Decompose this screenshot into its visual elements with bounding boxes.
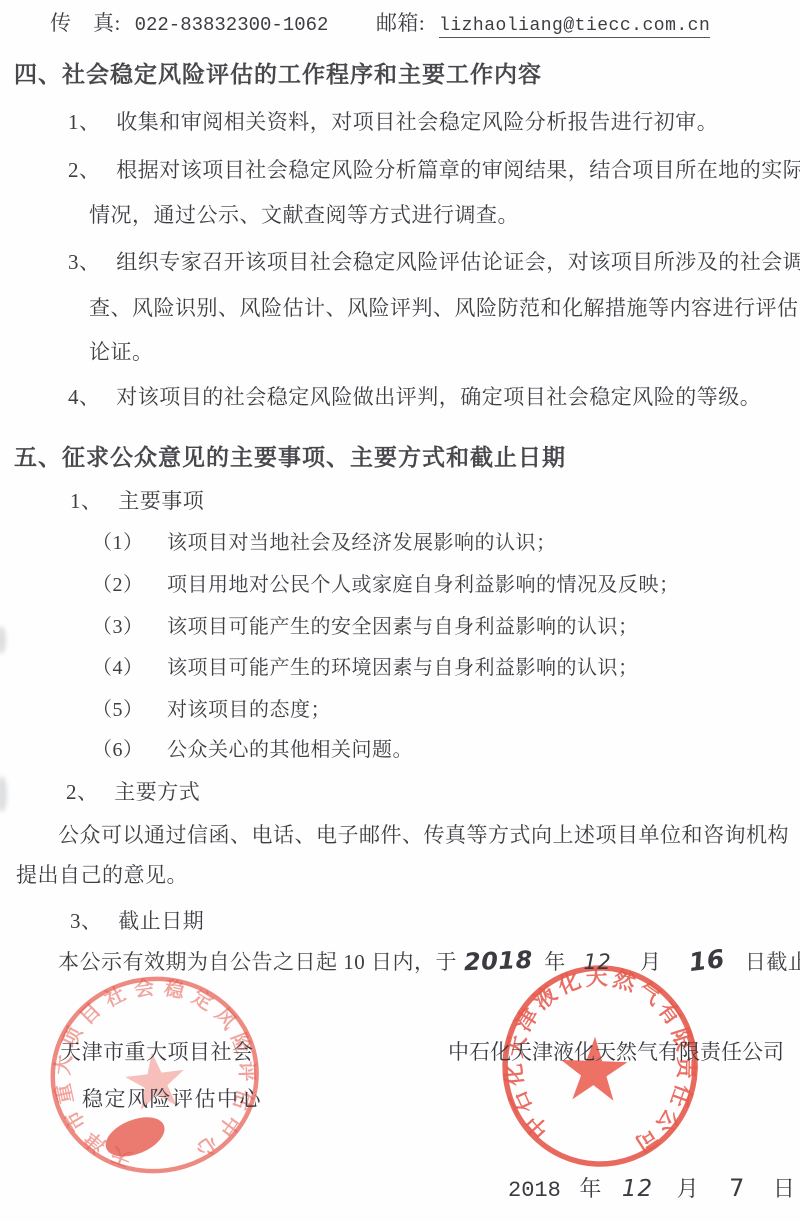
svg-text:会: 会 — [133, 975, 156, 1001]
point-2: （2） 项目用地对公民个人或家庭自身利益影响的情况及反映； — [92, 570, 680, 600]
svg-text:有: 有 — [653, 997, 686, 1030]
right-signer-company: 中石化天津液化天然气有限责任公司 — [448, 1036, 784, 1066]
point-6-text: 公众关心的其他相关问题。 — [167, 739, 413, 761]
point-5-text: 对该项目的态度； — [167, 699, 331, 721]
left-seal-graphic: 天津市重大项目社会稳定风险评估中心 — [36, 962, 273, 1189]
sub3-number: 3、 — [70, 906, 103, 936]
point-4: （4） 该项目可能产生的环境因素与自身利益影响的认识； — [92, 653, 639, 683]
scan-smudge — [0, 776, 7, 812]
email-label: 邮箱: — [376, 11, 425, 35]
sub2-paragraph-line1: 公众可以通过信函、电话、电子邮件、传真等方式向上述项目单位和咨询机构 — [58, 820, 789, 850]
section5-sub1: 1、 主要事项 — [70, 486, 204, 516]
date-month-handwritten: 12 — [622, 1176, 653, 1202]
svg-text:化: 化 — [501, 1063, 528, 1088]
section4-item3-line2: 查、风险识别、风险估计、风险评判、风险防范和化解措施等内容进行评估 — [89, 293, 799, 323]
point-5: （5） 对该项目的态度； — [92, 695, 331, 725]
point-2-text: 项目用地对公民个人或家庭自身利益影响的情况及反映； — [167, 574, 680, 596]
section5-sub2: 2、 主要方式 — [66, 777, 200, 807]
year-unit: 年 — [544, 947, 566, 977]
svg-text:津: 津 — [79, 1126, 111, 1158]
contact-line: 传 真: 022-83832300-1062 邮箱: lizhaoliang@t… — [50, 8, 710, 41]
item3-text-line1: 组织专家召开该项目社会稳定风险评估论证会，对该项目所涉及的社会调 — [116, 250, 800, 274]
svg-text:风: 风 — [210, 1004, 241, 1035]
point-4-text: 该项目可能产生的环境因素与自身利益影响的认识； — [167, 657, 639, 679]
left-signer-line1: 天津市重大项目社会 — [60, 1036, 254, 1066]
section5-heading: 五、征求公众意见的主要事项、主要方式和截止日期 — [14, 443, 566, 473]
sub3-title: 截止日期 — [118, 909, 204, 933]
item1-text: 收集和审阅相关资料，对项目社会稳定风险分析报告进行初审。 — [116, 110, 718, 134]
item1-number: 1、 — [68, 107, 101, 137]
deadline-line: 本公示有效期为自公告之日起 10 日内，于 2018 年 12 月 16 日截止… — [58, 946, 800, 977]
section4-item2-line2: 情况，通过公示、文献查阅等方式进行调查。 — [89, 200, 519, 230]
svg-text:中: 中 — [213, 1111, 244, 1141]
svg-text:心: 心 — [191, 1131, 221, 1162]
section4-item3-line1: 3、 组织专家召开该项目社会稳定风险评估论证会，对该项目所涉及的社会调 — [68, 247, 800, 277]
point-5-number: （5） — [92, 695, 144, 725]
email-address: lizhaoliang@tiecc.com.cn — [439, 16, 710, 38]
date-year: 2018 — [508, 1178, 561, 1203]
svg-text:司: 司 — [631, 1124, 663, 1157]
svg-text:定: 定 — [188, 984, 218, 1015]
handwritten-month: 12 — [584, 947, 612, 977]
handwritten-day: 16 — [688, 944, 727, 978]
point-3-text: 该项目可能产生的安全因素与自身利益影响的认识； — [167, 616, 639, 638]
point-1: （1） 该项目对当地社会及经济发展影响的认识； — [92, 528, 557, 558]
signature-date: 2018 年 12 月 7 日 — [508, 1172, 796, 1203]
svg-text:稳: 稳 — [162, 975, 188, 1003]
sub2-number: 2、 — [66, 777, 99, 807]
sub1-title: 主要事项 — [118, 489, 204, 513]
sub2-title: 主要方式 — [114, 780, 200, 804]
svg-text:液: 液 — [529, 981, 562, 1014]
right-official-seal: 中石化天津液化天然气有限责任公司 — [496, 960, 703, 1178]
section4-item1: 1、 收集和审阅相关资料，对项目社会稳定风险分析报告进行初审。 — [68, 107, 718, 137]
section4-heading: 四、社会稳定风险评估的工作程序和主要工作内容 — [14, 60, 542, 90]
right-seal-graphic: 中石化天津液化天然气有限责任公司 — [497, 960, 704, 1173]
date-day-unit: 日 — [773, 1172, 796, 1203]
item3-number: 3、 — [68, 247, 101, 277]
sub1-number: 1、 — [70, 486, 103, 516]
section4-item3-line3: 论证。 — [89, 337, 154, 367]
month-unit: 月 — [640, 947, 662, 977]
section4-item4: 4、 对该项目的社会稳定风险做出评判，确定项目社会稳定风险的等级。 — [68, 382, 761, 412]
section4-item2-line1: 2、 根据对该项目社会稳定风险分析篇章的审阅结果，结合项目所在地的实际 — [68, 155, 800, 185]
point-3-number: （3） — [92, 612, 144, 642]
left-signer-line2: 稳定风险评估中心 — [82, 1083, 262, 1113]
scanned-document-page: 传 真: 022-83832300-1062 邮箱: lizhaoliang@t… — [0, 0, 800, 1222]
date-year-unit: 年 — [579, 1172, 602, 1203]
svg-text:中: 中 — [520, 1110, 553, 1143]
svg-text:目: 目 — [75, 999, 105, 1029]
date-day-handwritten: 7 — [729, 1174, 745, 1202]
fax-number: 022-83832300-1062 — [135, 14, 329, 36]
point-6-number: （6） — [92, 735, 144, 765]
sub2-paragraph-line2: 提出自己的意见。 — [16, 860, 188, 890]
point-1-text: 该项目对当地社会及经济发展影响的认识； — [167, 532, 557, 554]
scan-smudge — [0, 626, 6, 654]
point-1-number: （1） — [92, 528, 144, 558]
deadline-prefix: 本公示有效期为自公告之日起 10 日内，于 — [58, 950, 457, 974]
item4-number: 4、 — [68, 382, 101, 412]
item2-number: 2、 — [68, 155, 101, 185]
item2-text-line1: 根据对该项目社会稳定风险分析篇章的审阅结果，结合项目所在地的实际 — [116, 158, 800, 182]
handwritten-year: 2018 — [463, 945, 533, 977]
left-official-seal: 天津市重大项目社会稳定风险评估中心 — [36, 962, 274, 1194]
section5-sub3: 3、 截止日期 — [70, 906, 204, 936]
point-6: （6） 公众关心的其他相关问题。 — [92, 735, 413, 765]
point-4-number: （4） — [92, 653, 144, 683]
point-3: （3） 该项目可能产生的安全因素与自身利益影响的认识； — [92, 612, 639, 642]
point-2-number: （2） — [92, 570, 144, 600]
fax-label: 传 真: — [50, 11, 121, 35]
item4-text: 对该项目的社会稳定风险做出评判，确定项目社会稳定风险的等级。 — [116, 385, 761, 409]
deadline-suffix: 日截止。 — [745, 950, 800, 974]
date-month-unit: 月 — [677, 1172, 700, 1203]
svg-text:社: 社 — [100, 981, 129, 1012]
